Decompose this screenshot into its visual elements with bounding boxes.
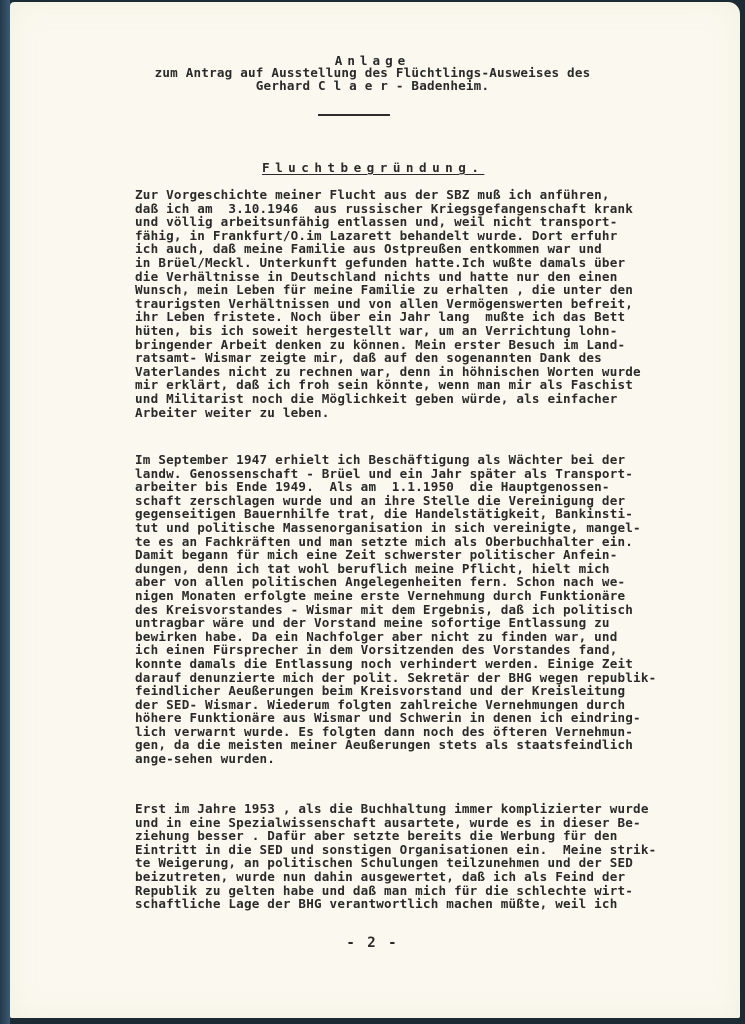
text-line: bringender Arbeit denken zu können. Mein… — [135, 338, 641, 352]
text-line: und in eine Spezialwissenschaft ausartet… — [135, 816, 656, 830]
text-line: traurigsten Verhältnissen und von allen … — [135, 297, 641, 311]
text-line: ange-sehen wurden. — [135, 752, 656, 766]
text-line: ihr Leben fristete. Noch über ein Jahr l… — [135, 310, 641, 324]
text-line: feindlicher Aeußerungen beim Kreisvorsta… — [135, 684, 656, 698]
text-line: aber von allen politischen Angelegenheit… — [135, 575, 656, 589]
applicant-name: Gerhard C l a e r - Badenheim. — [0, 79, 745, 92]
text-line: Republik zu gelten habe und daß man mich… — [135, 884, 656, 898]
paragraph-2: Im September 1947 erhielt ich Beschäftig… — [135, 453, 656, 766]
text-line: Zur Vorgeschichte meiner Flucht aus der … — [135, 188, 641, 202]
text-line: der SED- Wismar. Wiederum folgten zahlre… — [135, 698, 656, 712]
text-line: ziehung besser . Dafür aber setzte berei… — [135, 829, 656, 843]
text-line: und Militarist noch die Möglichkeit gebe… — [135, 392, 641, 406]
text-line: Im September 1947 erhielt ich Beschäftig… — [135, 453, 656, 467]
text-line: hüten, bis ich soweit hergestellt war, u… — [135, 324, 641, 338]
text-line: des Kreisvorstandes - Wismar mit dem Erg… — [135, 603, 656, 617]
text-line: Vaterlandes nicht zu rechnen war, denn i… — [135, 365, 641, 379]
text-line: ratsamt- Wismar zeigte mir, daß auf den … — [135, 351, 641, 365]
text-line: Eintritt in die SED und sonstigen Organi… — [135, 843, 656, 857]
text-line: dungen, denn ich tat wohl beruflich mein… — [135, 562, 656, 576]
text-line: und völlig arbeitsunfähig entlassen und,… — [135, 215, 641, 229]
text-line: Wunsch, mein Leben für meine Familie zu … — [135, 283, 641, 297]
text-line: höhere Funktionäre aus Wismar und Schwer… — [135, 711, 656, 725]
text-line: konnte damals die Entlassung noch verhin… — [135, 657, 656, 671]
text-line: landw. Genossenschaft - Brüel und ein Ja… — [135, 467, 656, 481]
text-line: tut und politische Massenorganisation in… — [135, 521, 656, 535]
text-line: lich verwarnt wurde. Es folgten dann noc… — [135, 725, 656, 739]
text-line: ich einen Fürsprecher in dem Vorsitzende… — [135, 643, 656, 657]
text-line: untragbar wäre und der Vorstand meine so… — [135, 616, 656, 630]
paragraph-3: Erst im Jahre 1953 , als die Buchhaltung… — [135, 802, 656, 911]
text-line: Erst im Jahre 1953 , als die Buchhaltung… — [135, 802, 656, 816]
text-line: te Weigerung, an politischen Schulungen … — [135, 856, 656, 870]
header-divider — [318, 114, 390, 116]
text-line: Arbeiter weiter zu leben. — [135, 406, 641, 420]
section-title: Fluchtbegründung. — [262, 160, 484, 175]
text-line: schaft zerschlagen wurde und an ihre Ste… — [135, 494, 656, 508]
text-line: te es an Fachkräften und man setzte mich… — [135, 535, 656, 549]
text-line: beizutreten, wurde nun dahin ausgewertet… — [135, 870, 656, 884]
text-line: fähig, in Frankfurt/O.im Lazarett behand… — [135, 229, 641, 243]
text-line: die Verhältnisse in Deutschland nichts u… — [135, 270, 641, 284]
scan-edge — [0, 0, 10, 1024]
text-line: gegenseitigen Bauernhilfe trat, die Hand… — [135, 507, 656, 521]
text-line: in Brüel/Meckl. Unterkunft gefunden hatt… — [135, 256, 641, 270]
text-line: gen, da die meisten meiner Aeußerungen s… — [135, 738, 656, 752]
text-line: arbeiter bis Ende 1949. Als am 1.1.1950 … — [135, 480, 656, 494]
text-line: mir erklärt, daß ich froh sein könnte, w… — [135, 378, 641, 392]
text-line: bewirken habe. Da ein Nachfolger aber ni… — [135, 630, 656, 644]
text-line: darauf denunzierte mich der polit. Sekre… — [135, 671, 656, 685]
paragraph-1: Zur Vorgeschichte meiner Flucht aus der … — [135, 188, 641, 419]
page-number: - 2 - — [0, 935, 745, 951]
text-line: Damit begann für mich eine Zeit schwerst… — [135, 548, 656, 562]
text-line: ich auch, daß meine Familie aus Ostpreuß… — [135, 242, 641, 256]
text-line: daß ich am 3.10.1946 aus russischer Krie… — [135, 202, 641, 216]
text-line: nigen Monaten erfolgte meine erste Verne… — [135, 589, 656, 603]
text-line: schaftliche Lage der BHG verantwortlich … — [135, 897, 656, 911]
